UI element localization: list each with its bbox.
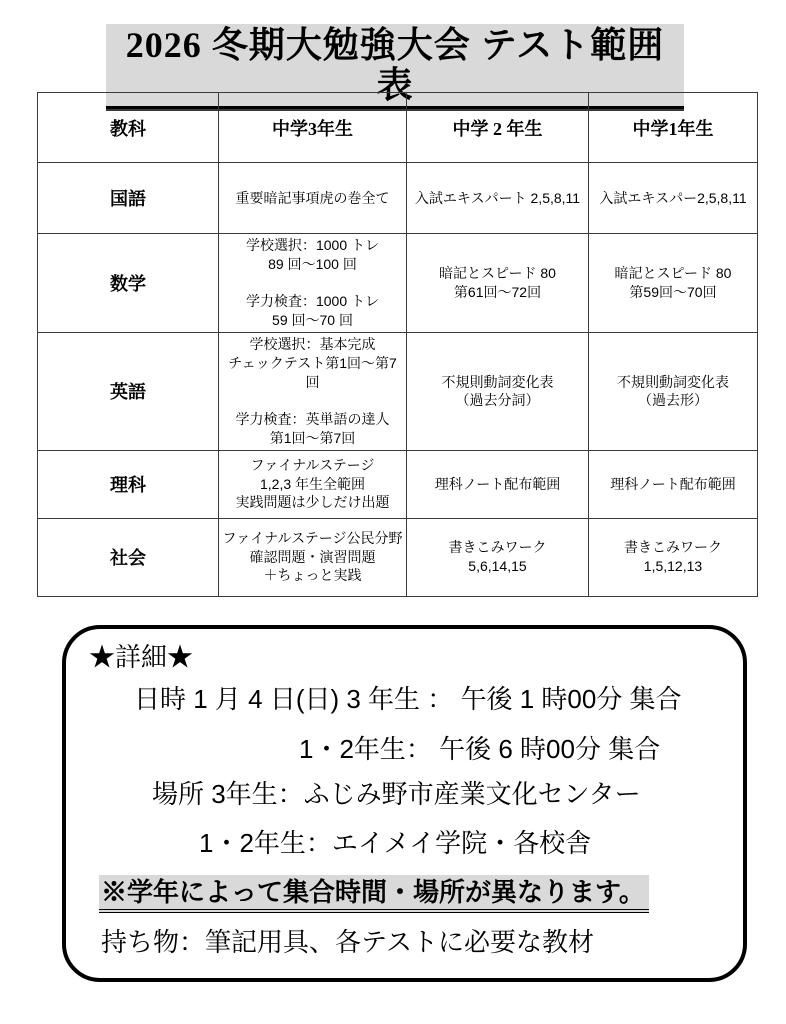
header-cell-subject: 教科 (38, 93, 219, 163)
table-header-row: 教科 中学3年生 中学 2 年生 中学1年生 (38, 93, 758, 163)
detail-line-datetime-grade12: 1・2年生： 午後 6 時00分 集合 (299, 734, 660, 764)
detail-note-highlight: ※学年によって集合時間・場所が異なります。 (99, 875, 649, 913)
header-cell-grade1: 中学1年生 (589, 93, 758, 163)
header-cell-grade3: 中学3年生 (219, 93, 407, 163)
range-cell-g3: 学校選択：1000 トレ 89 回～100 回 学力検査：1000 トレ 59 … (219, 234, 407, 333)
range-cell-g2: 書きこみワーク 5,6,14,15 (407, 518, 589, 596)
table-row-kokugo: 国語 重要暗記事項虎の巻全て 入試エキスパート 2,5,8,11 入試エキスパー… (38, 163, 758, 234)
range-cell-g1: 不規則動詞変化表 （過去形） (589, 333, 758, 451)
range-cell-g3: 学校選択：基本完成 チェックテスト第1回～第7回 学力検査：英単語の達人 第1回… (219, 333, 407, 451)
table-row-sugaku: 数学 学校選択：1000 トレ 89 回～100 回 学力検査：1000 トレ … (38, 234, 758, 333)
range-cell-g2: 暗記とスピード 80 第61回～72回 (407, 234, 589, 333)
range-cell-g2: 入試エキスパート 2,5,8,11 (407, 163, 589, 234)
range-cell-g3: ファイナルステージ 1,2,3 年生全範囲 実践問題は少しだけ出題 (219, 450, 407, 518)
detail-line-items: 持ち物：筆記用具、各テストに必要な教材 (101, 927, 594, 957)
range-cell-g2: 理科ノート配布範囲 (407, 450, 589, 518)
subject-label: 国語 (38, 163, 219, 234)
range-cell-g3: ファイナルステージ公民分野 確認問題・演習問題 ＋ちょっと実践 (219, 518, 407, 596)
range-cell-g1: 書きこみワーク 1,5,12,13 (589, 518, 758, 596)
subject-label: 英語 (38, 333, 219, 451)
header-cell-grade2: 中学 2 年生 (407, 93, 589, 163)
table-row-rika: 理科 ファイナルステージ 1,2,3 年生全範囲 実践問題は少しだけ出題 理科ノ… (38, 450, 758, 518)
details-heading: ★詳細★ (89, 642, 193, 672)
detail-line-place-grade12: 1・2年生：エイメイ学院・各校舎 (199, 828, 591, 858)
range-cell-g1: 入試エキスパー2,5,8,11 (589, 163, 758, 234)
details-box: ★詳細★ 日時 1 月 4 日(日) 3 年生 ： 午後 1 時00分 集合 1… (62, 625, 747, 982)
table-row-eigo: 英語 学校選択：基本完成 チェックテスト第1回～第7回 学力検査：英単語の達人 … (38, 333, 758, 451)
detail-line-datetime-grade3: 日時 1 月 4 日(日) 3 年生 ： 午後 1 時00分 集合 (134, 684, 682, 714)
detail-line-place-grade3: 場所 3年生：ふじみ野市産業文化センター (152, 779, 641, 809)
range-cell-g1: 理科ノート配布範囲 (589, 450, 758, 518)
range-cell-g2: 不規則動詞変化表 （過去分詞） (407, 333, 589, 451)
range-cell-g3: 重要暗記事項虎の巻全て (219, 163, 407, 234)
subject-label: 理科 (38, 450, 219, 518)
document-page: 2026 冬期大勉強大会 テスト範囲表 教科 中学3年生 中学 2 年生 中学1… (0, 0, 786, 1024)
test-range-table: 教科 中学3年生 中学 2 年生 中学1年生 国語 重要暗記事項虎の巻全て 入試… (37, 92, 758, 597)
subject-label: 数学 (38, 234, 219, 333)
subject-label: 社会 (38, 518, 219, 596)
range-cell-g1: 暗記とスピード 80 第59回～70回 (589, 234, 758, 333)
table-row-shakai: 社会 ファイナルステージ公民分野 確認問題・演習問題 ＋ちょっと実践 書きこみワ… (38, 518, 758, 596)
